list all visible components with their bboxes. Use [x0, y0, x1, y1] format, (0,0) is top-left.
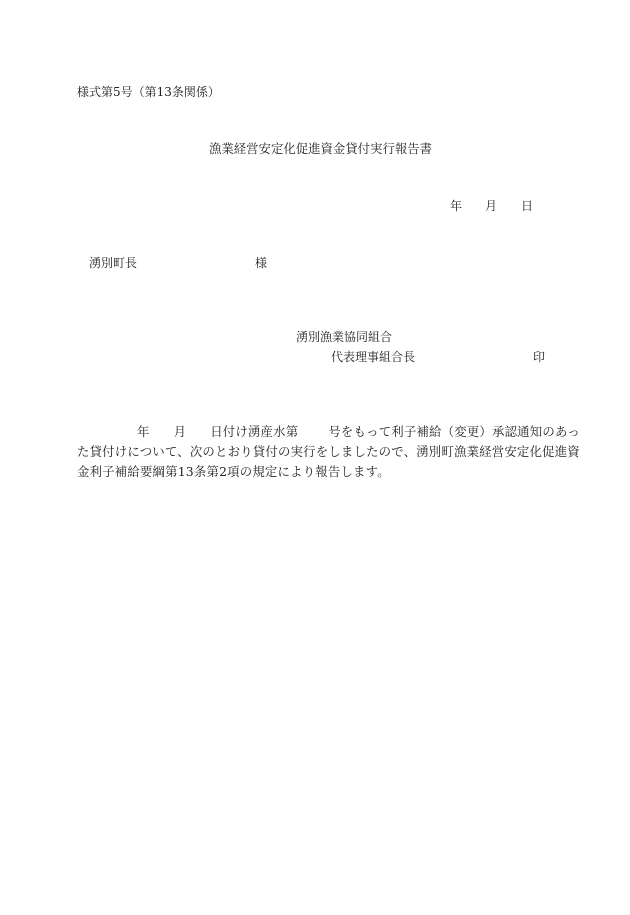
- addressee-honorific: 様: [255, 255, 267, 271]
- body-month-label: 月: [174, 424, 187, 439]
- body-line-3: 金利子補給要綱第13条第2項の規定により報告します。: [77, 462, 561, 482]
- report-body-paragraph: 年月日付け湧産水第号をもって利子補給（変更）承認通知のあっ た貸付けについて、次…: [77, 422, 561, 482]
- date-month-label: 月: [485, 198, 497, 214]
- sender-organization: 湧別漁業協同組合: [296, 329, 392, 345]
- sender-title: 代表理事組合長: [331, 349, 415, 365]
- document-title: 漁業経営安定化促進資金貸付実行報告書: [209, 141, 432, 157]
- body-line-1-rest: 号をもって利子補給（変更）承認通知のあっ: [328, 424, 580, 439]
- seal-mark: 印: [533, 349, 545, 365]
- addressee-name: 湧別町長: [89, 255, 137, 271]
- body-line-1: 年月日付け湧産水第号をもって利子補給（変更）承認通知のあっ: [77, 422, 561, 442]
- body-year-label: 年: [137, 424, 150, 439]
- form-number-label: 様式第5号（第13条関係）: [77, 84, 220, 100]
- body-line-2: た貸付けについて、次のとおり貸付の実行をしましたので、湧別町漁業経営安定化促進資: [77, 442, 561, 462]
- body-reference-label: 日付け湧産水第: [210, 424, 298, 439]
- date-year-label: 年: [450, 198, 462, 214]
- date-day-label: 日: [521, 198, 533, 214]
